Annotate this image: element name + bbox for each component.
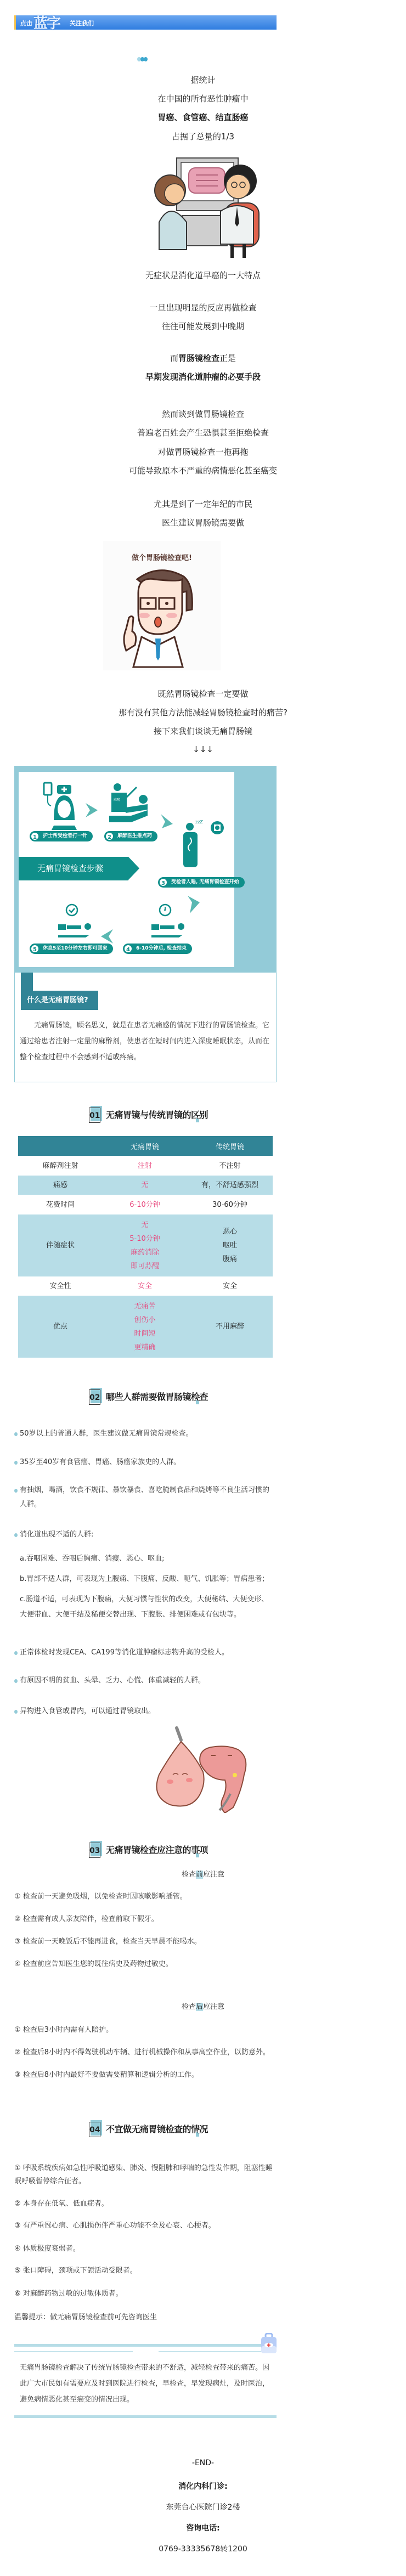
list-item: ③ 检查后8小时内最好不要做需要精算和逻辑分析的工作。 [14,2069,278,2082]
heading-highlight: 后 [196,2003,203,2011]
divider [14,2344,261,2347]
banner-suffix: 关注我们 [70,19,94,27]
traditional-cell: 30-60分钟 [187,1195,273,1214]
list-item: ③ 有严重冠心病、心肌损伤伴严重心功能不全及心衰、心梗者。 [14,2219,278,2233]
step-number: 2 [105,832,114,841]
heading-text: 应注意 [203,2003,224,2011]
heading-text: 检查 [182,1871,196,1879]
dot-icon [144,57,148,61]
intro-line: 在中国的所有恶性肿瘤中 [0,93,406,104]
row-label: 麻醉剂注射 [18,1156,103,1176]
arrow-left-icon [100,928,114,945]
table-row: 花费时间 6-10分钟 30-60分钟 [18,1195,273,1214]
what-is-text: 无痛胃肠镜，顾名思义，就是在患者无痛感的情况下进行的胃肠镜检查。它通过给患者注射… [20,1018,272,1065]
body-line: 普遍老百姓会产生恐惧甚至拒绝检查 [0,427,406,438]
step-label: 休息5至10分钟左右即可回家 [43,946,108,951]
body-line: 往往可能发展到中晚期 [0,321,406,332]
cell-line: 腹痛 [187,1252,273,1266]
table-row: 伴随症状 无 5-10分钟 麻药消除 即可苏醒 恶心 呕吐 腹痛 [18,1214,273,1276]
stomach-icon [148,1722,263,1813]
section-number: 03 [89,1843,100,1858]
corner-decor [198,1850,200,1854]
decorative-dots [137,53,151,59]
body-line: 无症状是消化道早癌的一大特点 [0,270,406,281]
anesthesiologist-icon: 麻醉 [109,783,153,827]
row-label: 痛感 [18,1176,103,1195]
cell-line: 更精确 [103,1341,187,1354]
heading-text: 应注意 [203,1871,224,1879]
table-header-row: 无痛胃镜 传统胃镜 [18,1136,273,1156]
list-item: ⑥ 对麻醉药物过敏的过敏体质者。 [14,2287,278,2301]
body-line: 然而谈到做胃肠镜检查 [0,409,406,420]
step-2: 2麻醉医生推点药 [104,831,157,841]
banner-prefix: 点击 [20,19,32,27]
cell-line: 无 [103,1218,187,1232]
section-02-heading: 02 哪些人群需要做胃肠镜检查 [0,1388,406,1406]
body-line: 既然胃肠镜检查一定要做 [0,688,406,699]
step-number: 3 [159,878,168,887]
banner-highlight: 蓝字 [33,12,60,32]
down-arrows-icon: ↓↓↓ [0,744,406,755]
section-03-heading: 03 无痛胃镜检查应注意的事项 [0,1841,406,1860]
step-3: 3受检者入睡, 无痛胃镜检查开始 [158,877,245,888]
corner-decor [198,2129,200,2133]
header-cell: 传统胃镜 [187,1136,273,1156]
list-item: 异物进入食管或胃内，可以通过胃镜取出。 [14,1704,275,1719]
doctor-patient-icon [144,151,268,261]
section-title: 无痛胃镜检查应注意的事项 [106,1844,208,1856]
step-number: 1 [30,832,40,841]
tip-text: 温馨提示：做无痛胃肠镜检查前可先咨询医生 [14,2311,278,2324]
list-item: 正常体检时发现CEA、CA199等消化道肿瘤标志物升高的受检人。 [14,1646,275,1660]
list-item: ① 呼吸系统疾病如急性呼吸道感染、肺炎、慢阻肺和哮喘的急性发作期，阻塞性睡眠呼吸… [14,2162,278,2188]
body-line-mixed: 而胃肠镜检查正是 [0,353,406,364]
list-item: ② 本身存在低氧、低血症者。 [14,2197,278,2211]
table-row: 麻醉剂注射 注射 不注射 [18,1156,273,1176]
step-label: 护士帮受检者打一针 [43,833,87,839]
list-item: ① 检查后3小时内需有人陪护。 [14,2024,278,2037]
row-label: 伴随症状 [18,1214,103,1276]
body-line: 可能导致原本不严重的病情恶化甚至癌变 [0,465,406,476]
heading-highlight: 前 [196,1871,203,1879]
list-item: 35岁至40岁有食管癌、胃癌、肠癌家族史的人群。 [14,1455,275,1470]
section-04-heading: 04 不宜做无痛胃镜检查的情况 [0,2120,406,2139]
list-item: ② 检查需有成人亲友陪伴，检查前取下假牙。 [14,1913,278,1926]
painless-cell: 安全 [103,1276,187,1296]
intro-line: 据统计 [0,75,406,86]
section-title: 不宜做无痛胃镜检查的情况 [106,2123,208,2136]
before-exam-heading: 检查前应注意 [0,1868,406,1879]
intro-line: 占据了总量的1/3 [0,131,406,142]
step-4: 46-10分钟后, 检查结束 [123,944,192,954]
section-title: 无痛胃镜与传统胃镜的区别 [106,1109,208,1121]
closing-paragraph: 无痛胃肠镜检查解决了传统胃肠镜检查带来的不舒适，减轻检查带来的痛苦。因此广大市民… [20,2360,272,2408]
after-exam-heading: 检查后应注意 [0,2001,406,2011]
text-bold: 胃肠镜检查 [178,353,219,363]
address: 东莞台心医院门诊2楼 [0,2502,406,2513]
heading-text: 检查 [182,2003,196,2011]
traditional-cell: 有，不舒适感强烈 [187,1176,273,1195]
table-row: 痛感 无 有，不舒适感强烈 [18,1176,273,1195]
body-line: 对做胃肠镜检查一拖再拖 [0,447,406,457]
end-marker: -END- [0,2458,406,2468]
medical-kit-icon [261,2333,277,2354]
list-item: ④ 检查前应告知医生您的既往病史及药物过敏史。 [14,1958,278,1971]
nurse-icon [41,782,84,831]
painless-cell: 6-10分钟 [103,1195,187,1214]
section-number: 01 [89,1108,100,1123]
phone-label: 咨询电话: [0,2523,406,2534]
arrow-right-icon [84,802,99,818]
sub-list-item: c.肠道不适，可表现为下腹痛，大便习惯与性状的改变，大便秘结、大便变形、大便带血… [20,1592,275,1623]
list-item: 有原因不明的贫血、头晕、乏力、心慌、体重减轻的人群。 [14,1674,275,1688]
what-is-painless-box: 什么是无痛胃肠镜? 无痛胃肠镜，顾名思义，就是在患者无痛感的情况下进行的胃肠镜检… [14,973,277,1082]
divider [14,2351,133,2352]
body-line: 一旦出现明显的反应再做检查 [0,302,406,313]
painless-cell: 注射 [103,1156,187,1176]
body-line: 医生建议胃肠镜需要做 [0,517,406,528]
cell-line: 无痛苦 [103,1300,187,1313]
row-label: 花费时间 [18,1195,103,1214]
sleeping-patient-icon: zzZ [178,816,233,871]
anesthesia-tag: 麻醉 [114,798,120,802]
department-label: 消化内科门诊: [0,2481,406,2492]
checkmark-patient-icon [57,903,95,942]
list-item: ① 检查前一天避免吸烟，以免检查时因咳嗽影响插管。 [14,1890,278,1903]
text-suffix: 正是 [219,353,236,363]
step-label: 受检者入睡, 无痛胃镜检查开始 [171,879,239,885]
painless-steps-panel: 1护士帮受检者打一针 麻醉 2麻醉医生推点药 zzZ 3受检者入睡, 无痛胃镜检… [14,766,277,973]
sleep-tag: zzZ [195,820,203,824]
step-number: 4 [123,944,133,953]
step-label: 6-10分钟后, 检查结束 [136,946,187,951]
traditional-cell: 不用麻醉 [187,1296,273,1358]
comparison-table: 无痛胃镜 传统胃镜 麻醉剂注射 注射 不注射 痛感 无 有，不舒适感强烈 花费时… [18,1136,273,1358]
traditional-cell: 恶心 呕吐 腹痛 [187,1214,273,1276]
doctor-pointing-illustration: 做个胃肠镜检查吧! [103,541,221,670]
section-01-heading: 01 无痛胃镜与传统胃镜的区别 [0,1106,406,1125]
cell-line: 恶心 [187,1225,273,1239]
follow-banner[interactable]: 点击 蓝字 关注我们 [14,15,277,30]
traditional-cell: 不注射 [187,1156,273,1176]
section-number: 04 [89,2122,100,2137]
step-1: 1护士帮受检者打一针 [30,831,93,841]
traditional-cell: 安全 [187,1276,273,1296]
doctor-icon [103,541,221,670]
table-row: 安全性 安全 安全 [18,1276,273,1296]
row-label: 优点 [18,1296,103,1358]
painless-cell: 无 [103,1176,187,1195]
section-title: 哪些人群需要做胃肠镜检查 [106,1391,208,1403]
arrow-down-right-icon [160,813,174,829]
divider [14,2415,277,2418]
clock-patient-icon [150,903,189,942]
corner-decor [198,1115,200,1119]
row-label: 安全性 [18,1276,103,1296]
body-line: 接下来我们谈谈无痛胃肠镜 [0,726,406,737]
section-number: 02 [89,1389,100,1405]
step-label: 麻醉医生推点药 [117,833,152,839]
phone-number[interactable]: 0769-33335678转1200 [0,2544,406,2555]
cell-line: 呕吐 [187,1239,273,1252]
text-prefix: 而 [170,353,178,363]
sub-list-item: a.吞咽困难、吞咽后胸痛、消瘦、恶心、呕血; [20,1551,275,1567]
intro-line-bold: 胃癌、食管癌、结直肠癌 [0,112,406,123]
list-item: 有抽烟，喝酒，饮食不规律、暴饮暴食、喜吃腌制食品和烧烤等不良生活习惯的人群。 [14,1483,275,1512]
cell-line: 麻药消除 [103,1246,187,1259]
list-item: 消化道出现不适的人群: [14,1528,275,1542]
body-line-bold: 早期发现消化道肿瘤的必要手段 [0,371,406,382]
steps-title: 无痛胃镜检查步骤 [19,857,128,880]
header-cell [18,1136,103,1156]
list-item: ⑤ 张口障碍，颈项或下颌活动受限者。 [14,2264,278,2278]
painless-cell: 无 5-10分钟 麻药消除 即可苏醒 [103,1214,187,1276]
header-cell: 无痛胃镜 [103,1136,187,1156]
cell-line: 即可苏醒 [103,1259,187,1273]
cell-line: 5-10分钟 [103,1232,187,1246]
list-item: ④ 体质极度衰弱者。 [14,2242,278,2256]
body-line: 那有没有其他方法能减轻胃肠镜检查时的痛苦? [0,707,406,718]
steps-diagram: 1护士帮受检者打一针 麻醉 2麻醉医生推点药 zzZ 3受检者入睡, 无痛胃镜检… [19,772,234,967]
list-item: 50岁以上的普通人群，医生建议做无痛胃镜常规检查。 [14,1427,275,1441]
what-is-title: 什么是无痛胃肠镜? [21,991,98,1010]
list-item: ② 检查后8小时内不得驾驶机动车辆、进行机械操作和从事高空作业，以防意外。 [14,2046,278,2059]
title-tab-decor [21,973,33,991]
cell-line: 创伤小 [103,1313,187,1327]
doctor-patient-illustration [144,151,268,261]
body-line: 尤其是到了一定年纪的市民 [0,499,406,510]
list-item: ③ 检查前一天晚饭后不能再进食，检查当天早晨不能喝水。 [14,1935,278,1948]
divider [159,2351,263,2352]
table-row: 优点 无痛苦 创伤小 时间短 更精确 不用麻醉 [18,1296,273,1358]
step-number: 5 [30,944,40,953]
painless-cell: 无痛苦 创伤小 时间短 更精确 [103,1296,187,1358]
sub-list-item: b.胃部不适人群，可表现为上腹痛、下腹痛、反酸、呃气、饥胀等；胃病患者； [20,1572,275,1587]
cell-line: 时间短 [103,1327,187,1341]
step-5: 5休息5至10分钟左右即可回家 [30,944,113,954]
corner-decor [198,1397,200,1401]
stomach-intestine-illustration [148,1722,263,1813]
